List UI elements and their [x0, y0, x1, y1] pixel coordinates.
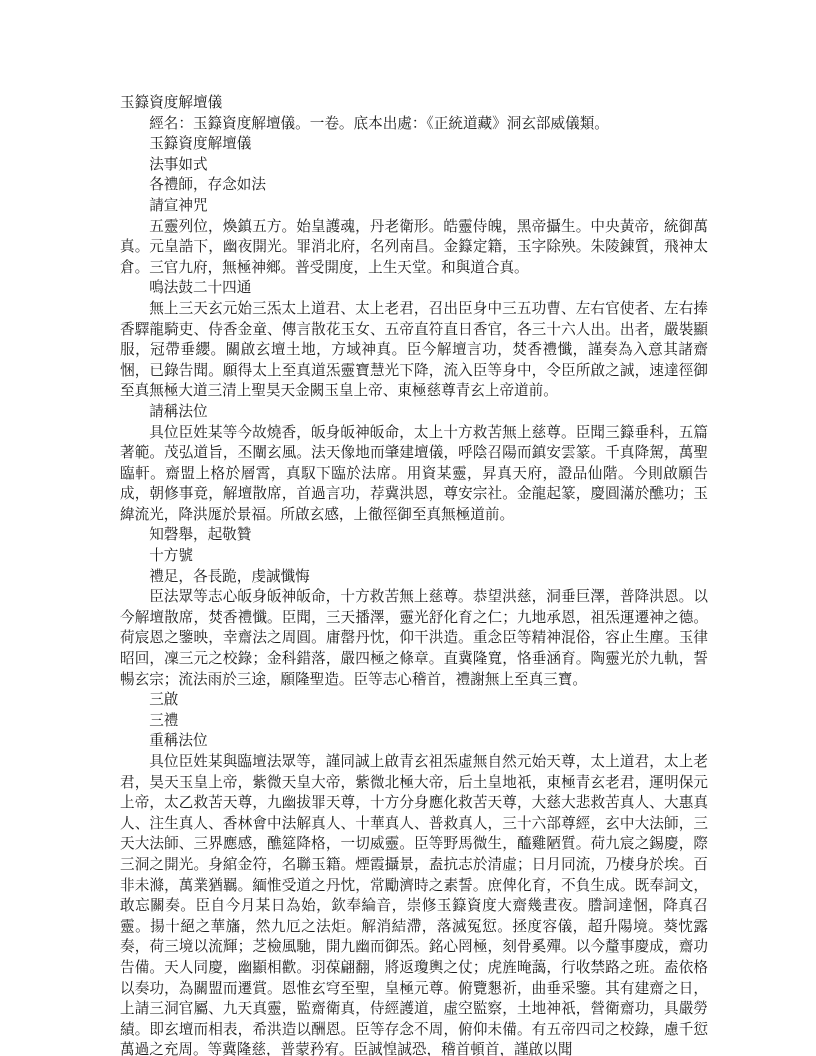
rubric: 十方號	[120, 546, 708, 567]
document-page: 玉籙資度解壇儀 經名：玉籙資度解壇儀。一卷。底本出處：《正統道藏》洞玄部威儀類。…	[120, 93, 708, 1056]
document-title: 玉籙資度解壇儀	[120, 93, 708, 114]
rubric: 三禮	[120, 711, 708, 732]
text-paragraph: 具位臣姓某等今故燒香，皈身皈神皈命，太上十方救苦無上慈尊。臣聞三籙垂科，五篇著範…	[120, 423, 708, 526]
text-paragraph: 臣法眾等志心皈身皈神皈命，十方救苦無上慈尊。恭望洪慈，洞垂巨澤，普降洪恩。以今解…	[120, 587, 708, 690]
rubric: 請稱法位	[120, 402, 708, 423]
rubric: 重稱法位	[120, 731, 708, 752]
section-heading: 玉籙資度解壇儀	[120, 134, 708, 155]
text-paragraph: 無上三天玄元始三炁太上道君、太上老君，召出臣身中三五功曹、左右官使者、左右捧香驛…	[120, 299, 708, 402]
rubric: 三啟	[120, 690, 708, 711]
rubric: 各禮師，存念如法	[120, 175, 708, 196]
rubric: 禮足，各長跪，虔誠懺悔	[120, 567, 708, 588]
text-paragraph: 五靈列位，煥鎮五方。始皇護魂，丹老衛形。皓靈侍魄，黑帝攝生。中央黃帝，統御萬真。…	[120, 217, 708, 279]
rubric: 法事如式	[120, 155, 708, 176]
rubric: 請宣神咒	[120, 196, 708, 217]
source-note: 經名：玉籙資度解壇儀。一卷。底本出處：《正統道藏》洞玄部威儀類。	[120, 114, 708, 135]
rubric: 鳴法鼓二十四通	[120, 278, 708, 299]
text-paragraph: 具位臣姓某與臨壇法眾等，謹同誠上啟青玄祖炁虛無自然元始天尊，太上道君，太上老君，…	[120, 752, 708, 1056]
rubric: 知磬舉，起敬贊	[120, 525, 708, 546]
